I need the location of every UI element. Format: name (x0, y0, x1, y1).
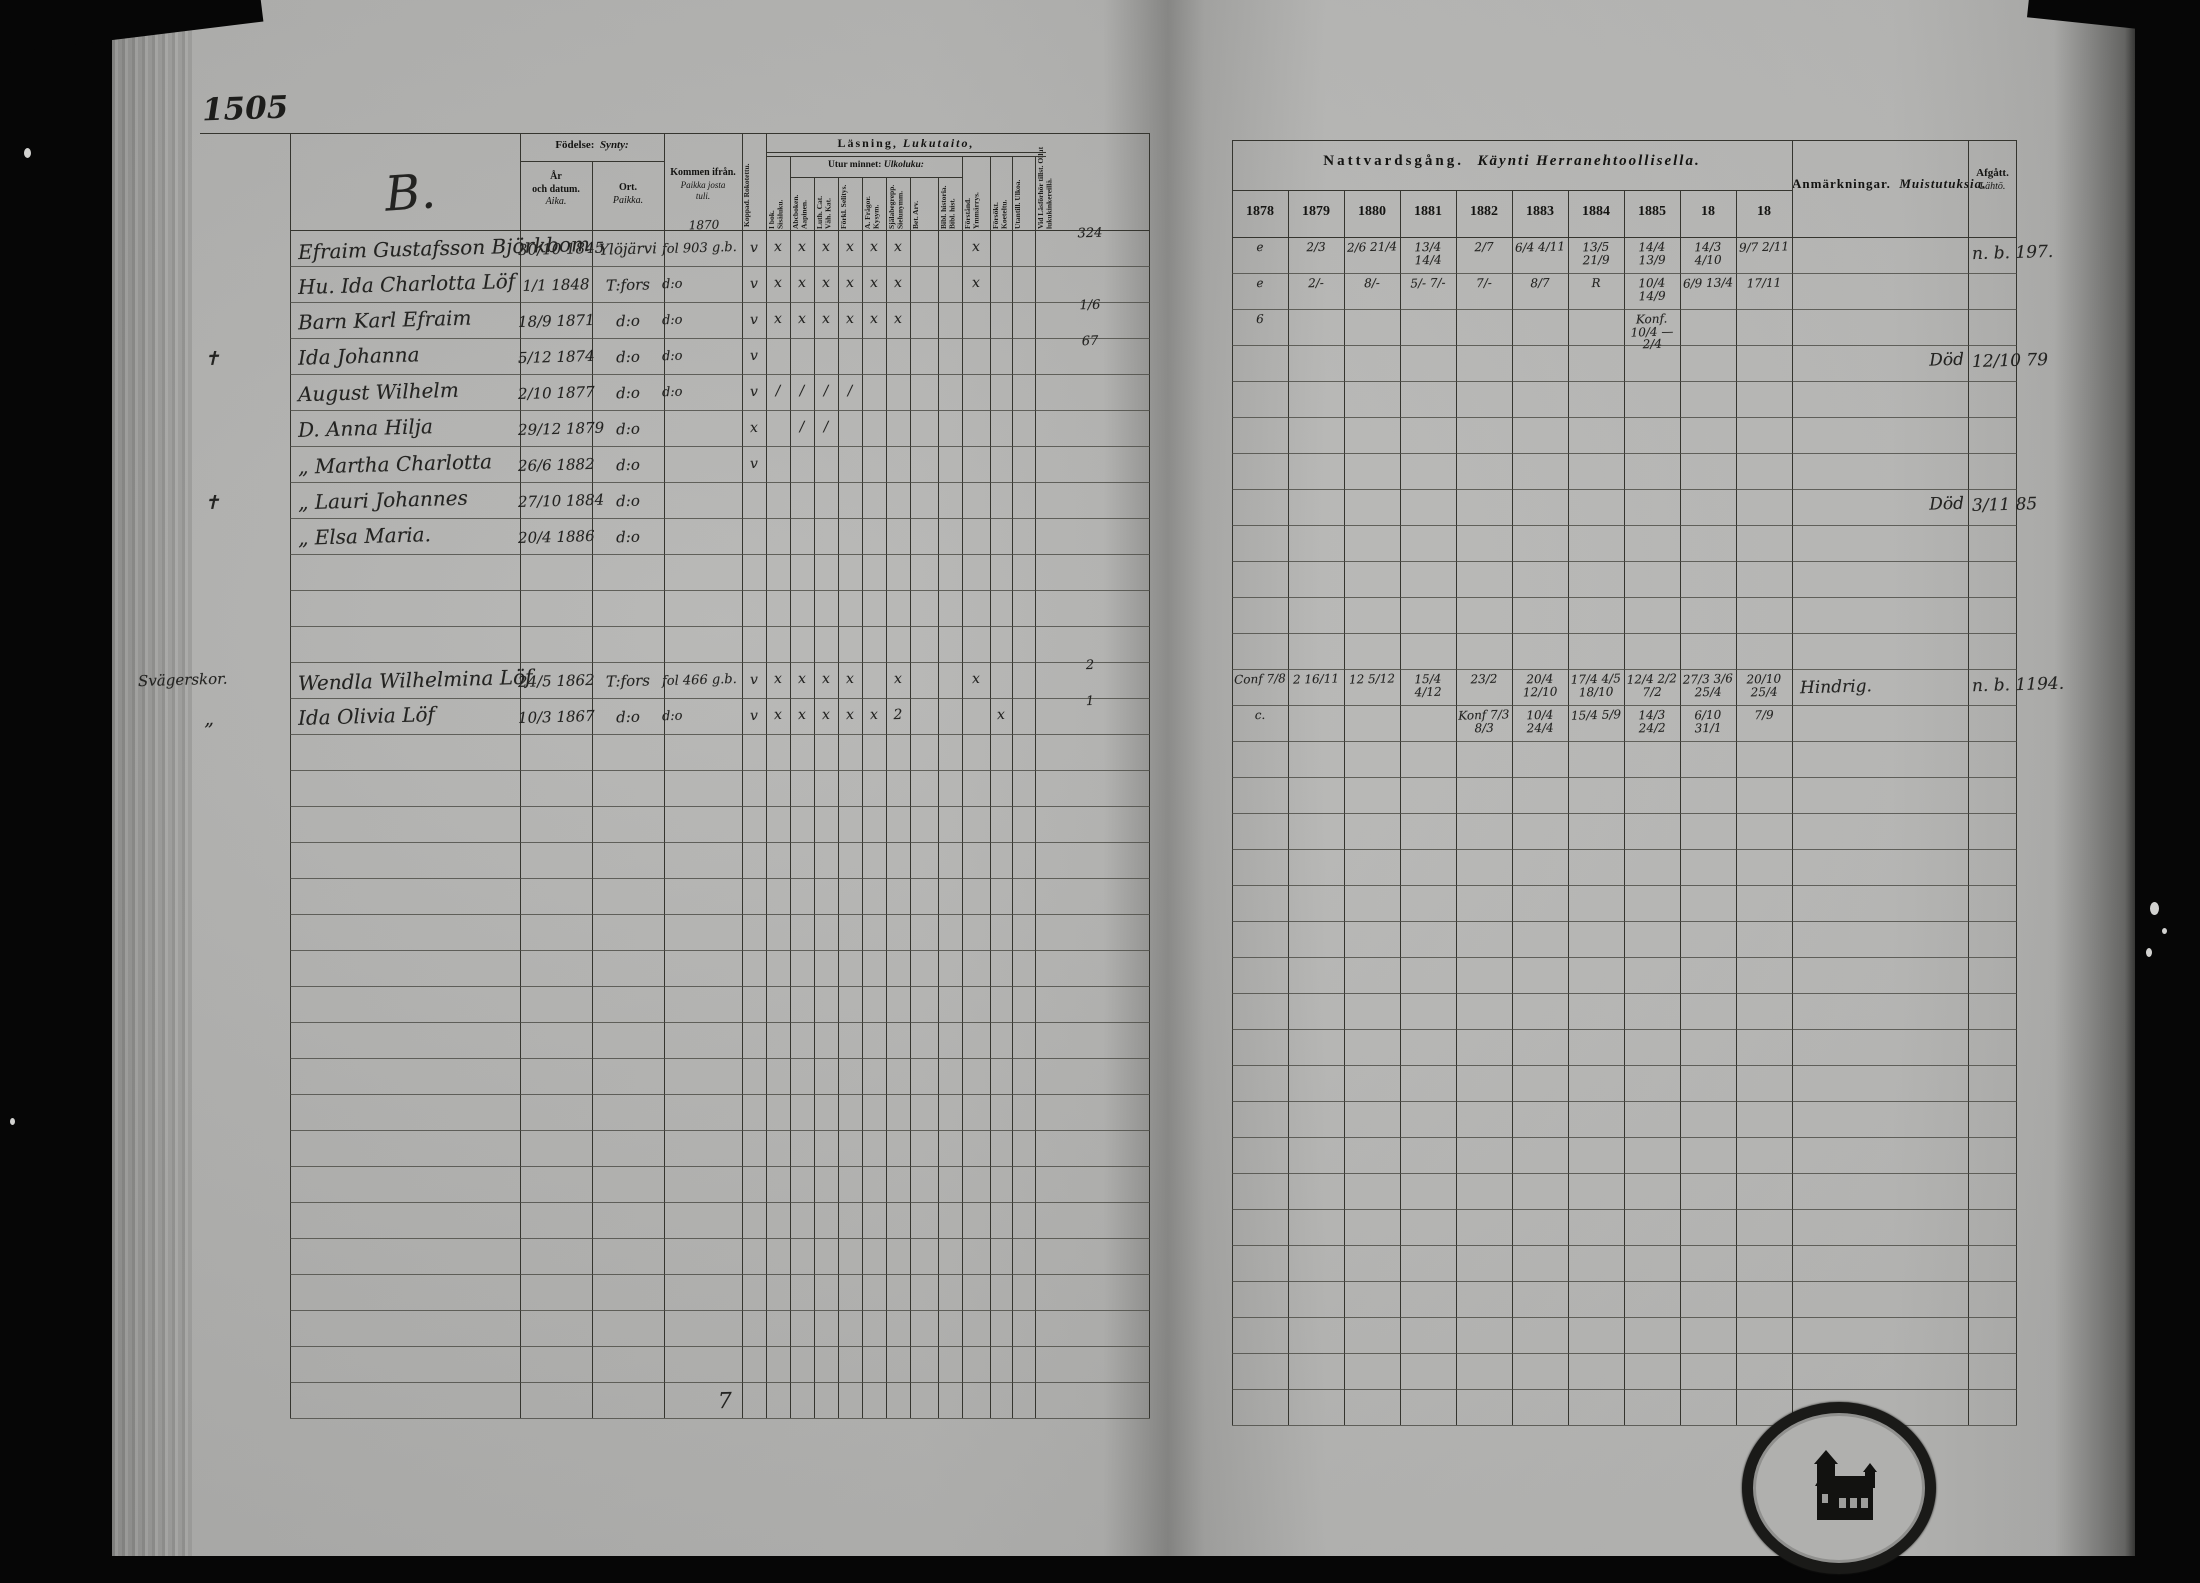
year-label: 1884 (1568, 204, 1624, 220)
grid-line (886, 177, 887, 1418)
communion-dates: 10/4 14/9 (1625, 276, 1680, 303)
grid-line (1792, 140, 1793, 1425)
row-line (1232, 633, 2017, 634)
reading-mark: / (838, 383, 862, 400)
communion-dates: 2/7 (1457, 240, 1511, 254)
birth-date: 29/12 1879 (518, 419, 594, 439)
communion-dates: 13/4 14/4 (1401, 240, 1456, 267)
birth-place: d:o (590, 347, 666, 367)
row-line (1232, 1065, 2017, 1066)
row-line (1232, 381, 2017, 382)
page-edge-texture (112, 0, 192, 1560)
column-label: Bet. Arv. (912, 179, 937, 229)
scanned-parish-register: 1505 B. Födelse: Synty: År och datum. Ai… (0, 0, 2200, 1583)
header-reading: Läsning, Lukutaito, (766, 136, 1046, 151)
column-label: Bibl. historia. Bibl. hist. (940, 179, 961, 229)
header-come-from: Kommen ifrån. Paikka josta tuli. (664, 167, 742, 202)
reading-mark: x (838, 239, 862, 256)
header-birthplace: Ort. Paikka. (592, 181, 664, 207)
grid-line (838, 177, 839, 1418)
grid-line (790, 156, 791, 1418)
grid-line (814, 177, 815, 1418)
row-line (290, 1382, 1150, 1383)
reading-mark: x (766, 311, 790, 328)
row-line (1232, 849, 2017, 850)
row-line (1232, 1209, 2017, 1210)
row-line (1232, 1173, 2017, 1174)
column-label: I bok. Sisäluku. (768, 179, 789, 229)
header-birthdate: År och datum. Aika. (520, 171, 592, 209)
header-remarks: Anmärkningar. Muistutuksia. (1792, 176, 1968, 192)
right-page-table: Nattvardsgång. Käynti Herranehtoollisell… (1232, 140, 2017, 1425)
reading-mark: x (790, 275, 814, 292)
vaccination-mark: v (742, 672, 766, 689)
row-line (290, 662, 1150, 663)
row-line (290, 698, 1150, 699)
communion-dates: 27/3 3/6 25/4 (1681, 672, 1736, 699)
reading-mark: x (838, 707, 862, 724)
remark-note: Död (1800, 494, 1964, 519)
reading-mark: x (838, 311, 862, 328)
vaccination-mark: v (742, 384, 766, 401)
row-line (290, 482, 1150, 483)
reading-mark: / (814, 419, 838, 436)
grid-line (1288, 190, 1289, 1425)
row-line (290, 554, 1150, 555)
communion-dates: Konf 7/3 8/3 (1457, 708, 1512, 735)
column-label: Luth. Cat. Väh. Kat. (816, 179, 837, 229)
reading-mark: x (766, 707, 790, 724)
header-vaccinated: Koppad. Rokotettu. (743, 139, 765, 227)
row-line (1232, 273, 2017, 274)
reading-mark: / (790, 383, 814, 400)
ledger-note: 324 (1040, 225, 1140, 243)
row-line (1232, 1137, 2017, 1138)
row-line (290, 1058, 1150, 1059)
row-line (1232, 1029, 2017, 1030)
communion-dates: Conf 7/8 (1233, 672, 1287, 686)
come-from-note: fol 466 g.b. (662, 672, 737, 689)
row-line (1232, 741, 2017, 742)
communion-dates: 10/4 24/4 (1513, 708, 1568, 735)
grid-line (790, 177, 962, 178)
row-line (1232, 489, 2017, 490)
communion-dates: 17/11 (1737, 276, 1791, 290)
grid-line (1232, 140, 2017, 141)
scan-speck (2146, 948, 2152, 957)
reading-mark: / (814, 383, 838, 400)
row-line (290, 1418, 1150, 1419)
communion-dates: 15/4 4/12 (1401, 672, 1456, 699)
column-label: Själabegrepp. Sielunymm. (888, 179, 909, 229)
vaccination-mark: v (742, 276, 766, 293)
row-line (290, 302, 1150, 303)
row-line (1232, 885, 2017, 886)
year-label: 18 (1680, 204, 1736, 220)
grid-line (766, 152, 1046, 153)
row-line (290, 1022, 1150, 1023)
reading-mark: x (962, 275, 990, 292)
communion-dates: 9/7 2/11 (1737, 240, 1791, 254)
come-from-note: fol 903 g.b. (662, 240, 737, 257)
grid-line (938, 177, 939, 1418)
birth-date: 5/12 1874 (518, 347, 594, 367)
communion-dates: 6 (1233, 312, 1287, 326)
reading-mark: x (814, 311, 838, 328)
birth-place: d:o (590, 311, 666, 331)
column-label: A. Frågor. Kysym. (864, 179, 885, 229)
come-from-year: 1870 (664, 217, 744, 233)
row-line (290, 770, 1150, 771)
communion-dates: 12 5/12 (1345, 672, 1399, 686)
row-line (1232, 525, 2017, 526)
vaccination-mark: v (742, 348, 766, 365)
year-label: 18 (1736, 204, 1792, 220)
reading-mark: x (814, 671, 838, 688)
row-line (290, 914, 1150, 915)
birth-place: d:o (590, 491, 666, 511)
stray-mark: 7 (718, 1389, 733, 1414)
grid-line (1624, 190, 1625, 1425)
communion-dates: 14/3 24/2 (1625, 708, 1680, 735)
birth-date: 10/3 1867 (518, 707, 594, 727)
row-line (1232, 1245, 2017, 1246)
reading-mark: x (790, 671, 814, 688)
reading-mark: / (766, 383, 790, 400)
departed-note: n. b. 197. (1972, 242, 2054, 264)
grid-line (1680, 190, 1681, 1425)
row-line (290, 410, 1150, 411)
row-line (1232, 1389, 2017, 1390)
row-line (1232, 1353, 2017, 1354)
row-line (290, 626, 1150, 627)
row-line (290, 806, 1150, 807)
row-line (290, 1346, 1150, 1347)
row-line (1232, 417, 2017, 418)
communion-dates: 2 16/11 (1289, 672, 1343, 686)
communion-dates: e (1233, 240, 1287, 254)
communion-dates: 8/7 (1513, 276, 1567, 290)
column-label: Försökt. Koeteltu. (992, 179, 1011, 229)
year-label: 1880 (1344, 204, 1400, 220)
grid-line (290, 133, 291, 1418)
come-from-note: d:o (662, 349, 683, 365)
reading-mark: x (886, 311, 910, 328)
communion-dates: Konf. 10/4 — 2/4 (1624, 312, 1679, 351)
ledger-note: 1/6 (1040, 297, 1140, 315)
birth-date: 2/10 1877 (518, 383, 594, 403)
person-name: D. Anna Hilja (298, 414, 434, 442)
communion-dates: 6/9 13/4 (1681, 276, 1735, 290)
communion-dates: 12/4 2/2 7/2 (1625, 672, 1680, 699)
grid-line (1456, 190, 1457, 1425)
column-label: Abcboken. Aapinen. (792, 179, 813, 229)
scan-speck (2150, 902, 2159, 915)
row-line (1232, 921, 2017, 922)
birth-date: 26/6 1882 (518, 455, 594, 475)
communion-dates: 20/10 25/4 (1737, 672, 1792, 699)
grid-line (962, 156, 963, 1418)
reading-mark: x (766, 239, 790, 256)
reading-mark: x (886, 239, 910, 256)
reading-mark: x (886, 275, 910, 292)
communion-dates: 6/10 31/1 (1681, 708, 1736, 735)
row-line (290, 518, 1150, 519)
reading-mark: x (790, 239, 814, 256)
left-page-table: 1505 B. Födelse: Synty: År och datum. Ai… (290, 133, 1150, 1418)
grid-line (1232, 190, 1792, 191)
row-line (1232, 957, 2017, 958)
reading-mark: x (814, 239, 838, 256)
header-fodelse: Födelse: Synty: (520, 139, 664, 151)
row-line (290, 842, 1150, 843)
section-letter: B. (383, 163, 437, 222)
grid-line (200, 133, 1150, 134)
birth-place: Ylöjärvi (590, 239, 666, 259)
row-line (290, 986, 1150, 987)
row-line (1232, 453, 2017, 454)
grid-line (2016, 140, 2017, 1425)
vaccination-mark: v (742, 240, 766, 257)
communion-dates: 2/- (1289, 276, 1343, 290)
grid-line (766, 156, 1046, 157)
departed-note: n. b. 1194. (1972, 674, 2065, 697)
row-line (1232, 813, 2017, 814)
reading-mark: x (886, 671, 910, 688)
reading-mark: x (862, 239, 886, 256)
row-line (290, 734, 1150, 735)
row-line (290, 1202, 1150, 1203)
grid-line (520, 161, 664, 162)
row-line (1232, 309, 2017, 310)
year-label: 1878 (1232, 204, 1288, 220)
row-line (290, 374, 1150, 375)
birth-date: 20/4 1886 (518, 527, 594, 547)
scan-speck (2162, 928, 2167, 934)
year-label: 1882 (1456, 204, 1512, 220)
grid-line (1968, 140, 1969, 1425)
scan-speck (24, 148, 31, 158)
person-name: Ida Johanna (298, 342, 420, 369)
birth-date: 30/10 1845 (518, 239, 594, 259)
column-label: Förstånd. Ymmärrys. (964, 179, 989, 229)
person-name: August Wilhelm (298, 378, 459, 406)
grid-line (1512, 190, 1513, 1425)
column-label: Förkl. Selitys. (840, 179, 861, 229)
communion-dates: 6/4 4/11 (1513, 240, 1567, 254)
person-name: Barn Karl Efraim (298, 306, 472, 335)
row-line (290, 878, 1150, 879)
grid-line (1232, 237, 2017, 238)
come-from-note: d:o (662, 385, 683, 401)
birth-place: d:o (590, 383, 666, 403)
communion-dates: 7/9 (1737, 708, 1791, 722)
vaccination-mark: v (742, 456, 766, 473)
year-label: 1885 (1624, 204, 1680, 220)
communion-dates: 2/6 21/4 (1345, 240, 1399, 254)
header-lasforhor: Vid Läsförhör tillst. Ollut lukukinkerei… (1037, 137, 1063, 229)
row-line (290, 1130, 1150, 1131)
grid-line (1344, 190, 1345, 1425)
row-line (290, 1166, 1150, 1167)
grid-line (1035, 156, 1036, 1418)
departed-note: 3/11 85 (1972, 494, 2038, 516)
reading-mark: x (962, 671, 990, 688)
row-line (290, 950, 1150, 951)
reading-mark: x (766, 275, 790, 292)
reading-mark: x (962, 239, 990, 256)
reading-mark: x (814, 275, 838, 292)
grid-line (1149, 133, 1150, 1418)
come-from-note: d:o (662, 277, 683, 293)
grid-line (1400, 190, 1401, 1425)
folio-number: 1505 (201, 90, 288, 129)
person-name: „ Elsa Maria. (298, 522, 432, 550)
row-line (290, 1310, 1150, 1311)
reading-mark: x (814, 707, 838, 724)
birth-date: 24/5 1862 (518, 671, 594, 691)
birth-place: d:o (590, 455, 666, 475)
grid-line (862, 177, 863, 1418)
person-name: „ Martha Charlotta (298, 449, 493, 478)
grid-line (910, 177, 911, 1418)
communion-dates: 17/4 4/5 18/10 (1569, 672, 1624, 699)
row-line (1232, 561, 2017, 562)
header-from-memory: Utur minnet: Ulkoluku: (790, 160, 962, 170)
communion-dates: 20/4 12/10 (1513, 672, 1568, 699)
row-line (290, 446, 1150, 447)
communion-dates: 15/4 5/9 (1569, 708, 1623, 722)
communion-dates: c. (1233, 708, 1287, 722)
row-line (1232, 993, 2017, 994)
row-line (1232, 597, 2017, 598)
communion-dates: 2/3 (1289, 240, 1343, 254)
row-line (290, 338, 1150, 339)
birth-place: d:o (590, 707, 666, 727)
vaccination-mark: v (742, 312, 766, 329)
church-stamp-icon (1787, 1450, 1891, 1526)
grid-line (1012, 156, 1013, 1418)
column-label: Utantill. Ulkoa. (1014, 179, 1034, 229)
reading-mark: x (862, 275, 886, 292)
come-from-note: d:o (662, 313, 683, 329)
header-departed: Afgått. Lähtö. (1968, 166, 2017, 193)
row-line (290, 1094, 1150, 1095)
communion-dates: 8/- (1345, 276, 1399, 290)
reading-mark: 2 (886, 707, 910, 724)
come-from-note: d:o (662, 709, 683, 725)
grid-line (990, 156, 991, 1418)
header-communion-title: Nattvardsgång. Käynti Herranehtoollisell… (1232, 153, 1792, 170)
birth-place: d:o (590, 419, 666, 439)
grid-line (1568, 190, 1569, 1425)
row-line (1232, 1317, 2017, 1318)
reading-mark: x (790, 311, 814, 328)
row-line (1232, 669, 2017, 670)
row-line (290, 266, 1150, 267)
reading-mark: / (790, 419, 814, 436)
reading-mark: x (862, 311, 886, 328)
row-line (1232, 1101, 2017, 1102)
row-line (1232, 777, 2017, 778)
year-label: 1883 (1512, 204, 1568, 220)
person-name: Ida Olivia Löf (298, 702, 435, 730)
ledger-note: 2 (1040, 657, 1140, 675)
row-line (1232, 1281, 2017, 1282)
row-line (290, 1238, 1150, 1239)
grid-line (1736, 190, 1737, 1425)
communion-dates: R (1569, 276, 1623, 290)
person-name: „ Lauri Johannes (298, 486, 468, 515)
birth-date: 18/9 1871 (518, 311, 594, 331)
row-line (1232, 705, 2017, 706)
birth-place: T:fors (590, 671, 666, 691)
row-line (290, 590, 1150, 591)
reading-mark: x (990, 707, 1012, 724)
birth-date: 1/1 1848 (518, 275, 594, 295)
ledger-note: 1 (1040, 693, 1140, 711)
communion-dates: 13/5 21/9 (1569, 240, 1624, 267)
reading-mark: x (838, 275, 862, 292)
communion-dates: 14/3 4/10 (1681, 240, 1736, 267)
reading-mark: x (790, 707, 814, 724)
person-name: Wendla Wilhelmina Löf (298, 665, 533, 696)
departed-note: 12/10 79 (1972, 350, 2049, 372)
vaccination-mark: v (742, 708, 766, 725)
remark-note: Hindrig. (1800, 674, 1964, 699)
person-name: Hu. Ida Charlotta Löf (298, 269, 516, 299)
reading-mark: x (862, 707, 886, 724)
communion-dates: 14/4 13/9 (1625, 240, 1680, 267)
grid-line (1232, 140, 1233, 1425)
scan-speck (10, 1118, 15, 1125)
birth-place: d:o (590, 527, 666, 547)
communion-dates: e (1233, 276, 1287, 290)
communion-dates: 5/- 7/- (1401, 276, 1455, 290)
year-label: 1881 (1400, 204, 1456, 220)
communion-dates: 23/2 (1457, 672, 1511, 686)
row-line (290, 1274, 1150, 1275)
communion-dates: 7/- (1457, 276, 1511, 290)
parish-stamp (1742, 1402, 1936, 1574)
reading-mark: x (838, 671, 862, 688)
vaccination-mark: x (742, 420, 766, 437)
year-label: 1879 (1288, 204, 1344, 220)
reading-mark: x (766, 671, 790, 688)
remark-note: Död (1800, 350, 1964, 375)
ledger-note: 67 (1040, 333, 1140, 351)
birth-date: 27/10 1884 (518, 491, 594, 511)
birth-place: T:fors (590, 275, 666, 295)
